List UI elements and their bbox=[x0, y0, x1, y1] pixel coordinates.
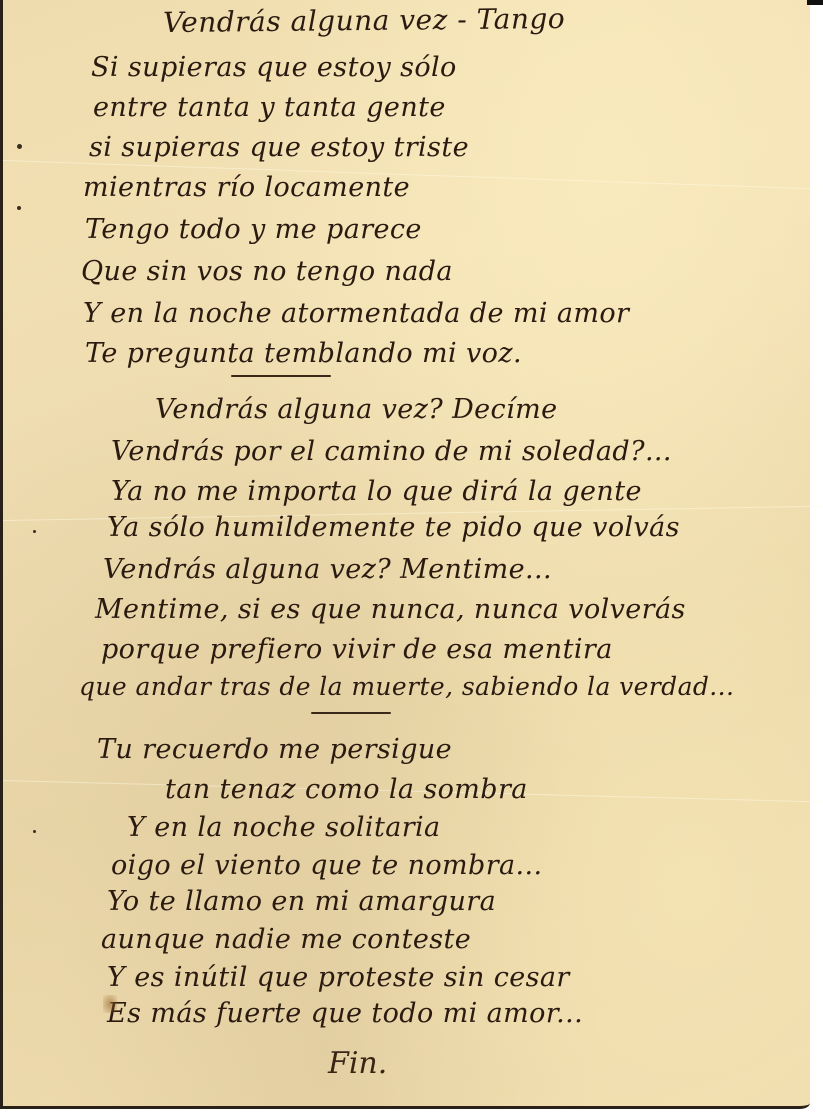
lyric-line: Ya sólo humildemente te pido que volvás bbox=[107, 512, 680, 543]
lyric-line: aunque nadie me conteste bbox=[101, 924, 471, 955]
lyric-line: Tu recuerdo me persigue bbox=[97, 734, 452, 765]
lyric-line: tan tenaz como la sombra bbox=[165, 774, 528, 805]
scan-edge bbox=[807, 0, 823, 5]
paper-sheet: Vendrás alguna vez - Tango Si supieras q… bbox=[0, 0, 810, 1109]
lyric-line: si supieras que estoy triste bbox=[89, 132, 469, 163]
binder-hole bbox=[33, 530, 36, 533]
lyric-line: Te pregunta temblando mi voz. bbox=[85, 338, 522, 369]
lyric-line: Y en la noche solitaria bbox=[127, 812, 441, 843]
closing-mark: Fin. bbox=[328, 1046, 387, 1081]
lyric-line: oigo el viento que te nombra... bbox=[111, 850, 542, 881]
binder-hole bbox=[33, 830, 36, 833]
binder-hole bbox=[17, 144, 22, 149]
lyric-line: Tengo todo y me parece bbox=[85, 214, 422, 245]
lyric-line: Que sin vos no tengo nada bbox=[81, 256, 453, 287]
lyric-line: Vendrás alguna vez? Decíme bbox=[155, 394, 557, 425]
lyric-line: Y es inútil que proteste sin cesar bbox=[107, 962, 570, 993]
lyric-line: Mentime, si es que nunca, nunca volverás bbox=[95, 594, 686, 625]
lyric-line: Vendrás por el camino de mi soledad?... bbox=[111, 436, 672, 467]
ink-stain bbox=[103, 995, 117, 1013]
divider-stroke bbox=[231, 375, 331, 377]
lyric-line: mientras río locamente bbox=[83, 172, 410, 203]
lyric-line: Ya no me importa lo que dirá la gente bbox=[111, 476, 642, 507]
lyric-line: Es más fuerte que todo mi amor... bbox=[107, 998, 583, 1029]
lyric-line: Y en la noche atormentada de mi amor bbox=[83, 298, 629, 329]
lyric-line: entre tanta y tanta gente bbox=[93, 92, 446, 123]
binder-hole bbox=[17, 206, 21, 210]
lyric-line: porque prefiero vivir de esa mentira bbox=[101, 634, 613, 665]
document-title: Vendrás alguna vez - Tango bbox=[163, 2, 565, 39]
lyric-line: Si supieras que estoy sólo bbox=[91, 52, 457, 83]
lyric-line: Vendrás alguna vez? Mentime... bbox=[103, 554, 552, 585]
divider-stroke bbox=[311, 712, 391, 714]
lyric-line: que andar tras de la muerte, sabiendo la… bbox=[79, 672, 734, 701]
lyric-line: Yo te llamo en mi amargura bbox=[107, 886, 496, 917]
